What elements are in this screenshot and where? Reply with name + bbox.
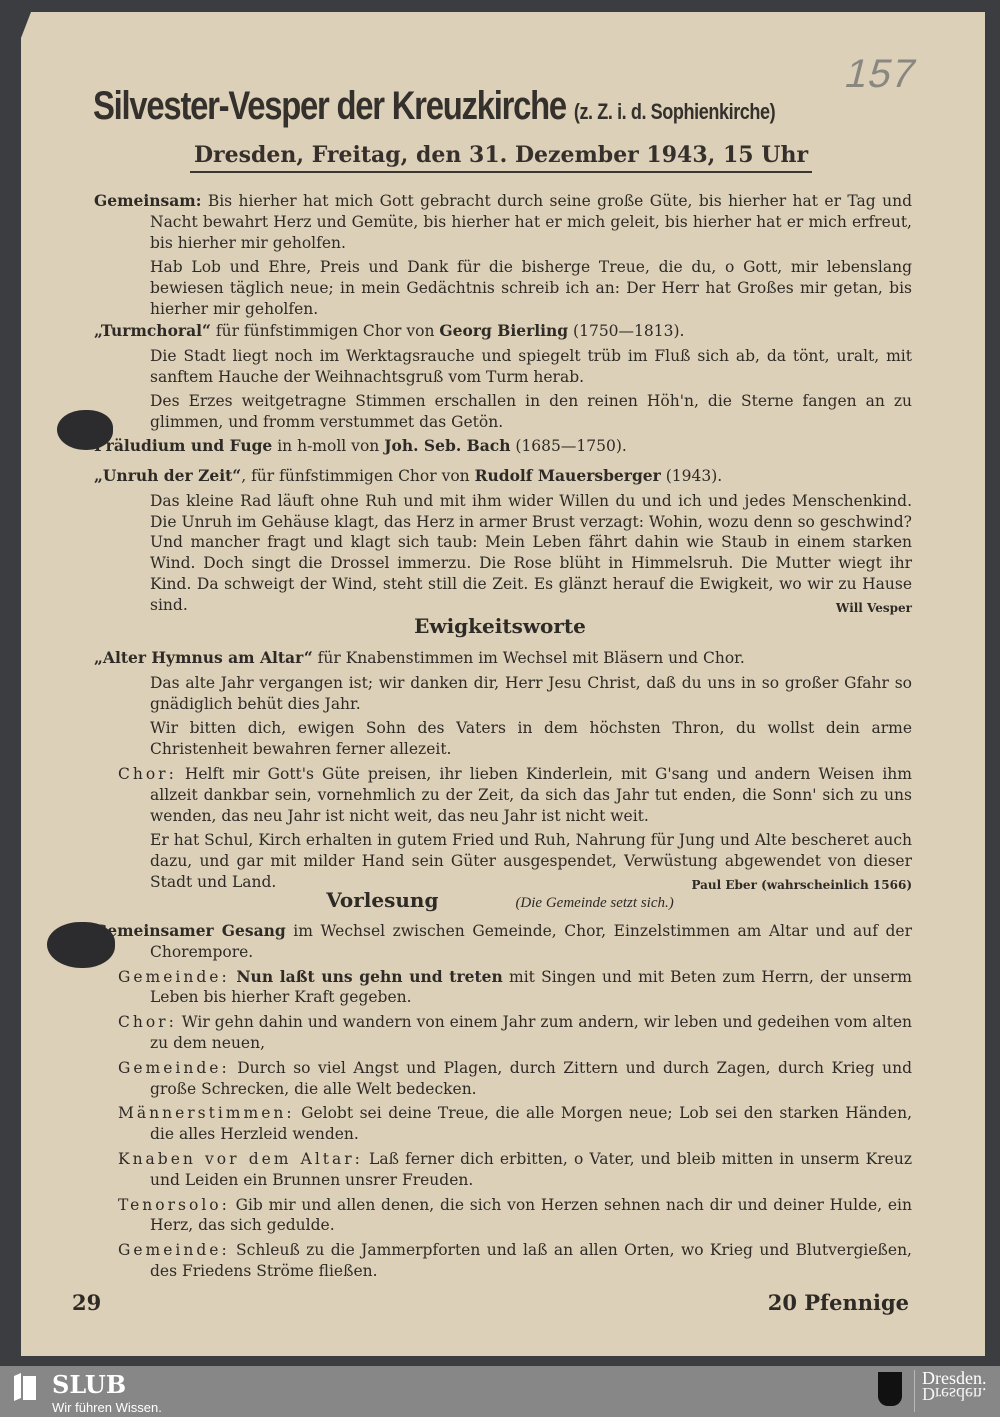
- section-gemeinsam: Gemeinsam: Bis hierher hat mich Gott geb…: [94, 191, 912, 320]
- role-label: Knaben vor dem Altar:: [118, 1150, 363, 1168]
- heading-note: (Die Gemeinde setzt sich.): [515, 895, 673, 911]
- dateline: Dresden, Freitag, den 31. Dezember 1943,…: [190, 142, 812, 173]
- poem-text: Das kleine Rad läuft ohne Ruh und mit ih…: [150, 492, 912, 614]
- sung-line: Knaben vor dem Altar: Laß ferner dich er…: [94, 1149, 912, 1191]
- price: 20 Pfennige: [768, 1290, 909, 1315]
- role-label: Chor:: [118, 765, 177, 783]
- title-main: Silvester-Vesper der Kreuzkirche: [93, 84, 566, 128]
- composer: Rudolf Mauersberger: [475, 466, 661, 485]
- line-text: Gib mir und allen denen, die sich von He…: [150, 1196, 912, 1235]
- role-label: Gemeinde:: [118, 1059, 230, 1077]
- heading-text: Vorlesung: [326, 888, 438, 912]
- role-label: Chor:: [118, 1013, 177, 1031]
- composer-years: (1750—1813).: [568, 322, 684, 340]
- verse-3: Helft mir Gott's Güte preisen, ihr liebe…: [150, 765, 912, 825]
- verse-1: Das alte Jahr vergangen ist; wir danken …: [94, 673, 912, 715]
- composer: Georg Bierling: [439, 321, 568, 340]
- verse-1: Bis hierher hat mich Gott gebracht durch…: [150, 192, 912, 252]
- section-unruh-der-zeit: „Unruh der Zeit“, für fünfstimmigen Chor…: [94, 466, 912, 619]
- verse-1: Die Stadt liegt noch im Werktagsrauche u…: [94, 346, 912, 388]
- dresden-logo[interactable]: Dresden. Dresden.: [922, 1370, 986, 1402]
- page-number: 29: [72, 1290, 101, 1315]
- heading-vorlesung: Vorlesung (Die Gemeinde setzt sich.): [0, 888, 1000, 912]
- book-logo-icon: [12, 1372, 38, 1402]
- composer-years: (1685—1750).: [510, 437, 626, 455]
- sung-line: Chor: Wir gehn dahin und wandern von ein…: [94, 1012, 912, 1054]
- dresden-mirror-text: Dresden.: [922, 1386, 986, 1402]
- piece-desc: für Knabenstimmen im Wechsel mit Bläsern…: [313, 649, 745, 667]
- piece-title: „Alter Hymnus am Altar“: [94, 648, 313, 667]
- line-text: Schleuß zu die Jammerpforten und laß an …: [150, 1241, 912, 1280]
- slub-tagline: Wir führen Wissen.: [52, 1400, 162, 1415]
- composer-years: (1943).: [661, 467, 722, 485]
- logo-divider: [914, 1370, 915, 1412]
- ink-blot: [57, 410, 113, 450]
- section-turmchoral: „Turmchoral“ für fünfstimmigen Chor von …: [94, 321, 912, 433]
- line-text: Wir gehn dahin und wandern von einem Jah…: [150, 1013, 912, 1052]
- piece-title: „Unruh der Zeit“: [94, 466, 241, 485]
- line-text: Durch so viel Angst und Plagen, durch Zi…: [150, 1059, 912, 1098]
- slub-footer-bar: SLUB Wir führen Wissen. Dresden. Dresden…: [0, 1366, 1000, 1417]
- role-label: Gemeinde:: [118, 968, 230, 986]
- piece-desc: , für fünfstimmigen Chor von: [241, 467, 474, 485]
- role-label: Gemeinde:: [118, 1241, 230, 1259]
- piece-title: „Turmchoral“: [94, 321, 211, 340]
- verse-2: Hab Lob und Ehre, Preis und Dank für die…: [94, 257, 912, 319]
- hymn-incipit: Nun laßt uns gehn und treten: [230, 967, 503, 986]
- slub-logo-text[interactable]: SLUB: [52, 1370, 126, 1399]
- sung-line: Gemeinde: Schleuß zu die Jammerpforten u…: [94, 1240, 912, 1282]
- verse-2: Des Erzes weitgetragne Stimmen erschalle…: [94, 391, 912, 433]
- handwritten-page-number: 157: [840, 52, 921, 97]
- verse-2: Wir bitten dich, ewigen Sohn des Vaters …: [94, 718, 912, 760]
- piece-desc: in h-moll von: [272, 437, 384, 455]
- heading-ewigkeitsworte: Ewigkeitsworte: [0, 614, 1000, 638]
- title-note: (z. Z. i. d. Sophienkirche): [574, 99, 775, 124]
- dresden-crest-icon: [878, 1372, 902, 1406]
- role-label: Männerstimmen:: [118, 1104, 295, 1122]
- sung-line: Gemeinde: Durch so viel Angst und Plagen…: [94, 1058, 912, 1100]
- page-title: Silvester-Vesper der Kreuzkirche (z. Z. …: [93, 84, 774, 129]
- section-gemeinsamer-gesang: Gemeinsamer Gesang im Wechsel zwischen G…: [94, 921, 912, 1282]
- composer: Joh. Seb. Bach: [384, 436, 510, 455]
- sung-line: Gemeinde: Nun laßt uns gehn und treten m…: [94, 967, 912, 1009]
- ink-blot: [47, 922, 115, 968]
- role-label: Tenorsolo:: [118, 1196, 230, 1214]
- section-label: Gemeinsam:: [94, 191, 201, 210]
- piece-desc: für fünfstimmigen Chor von: [211, 322, 439, 340]
- piece-title: Gemeinsamer Gesang: [94, 921, 286, 940]
- sung-line: Tenorsolo: Gib mir und allen denen, die …: [94, 1195, 912, 1237]
- piece-title: Präludium und Fuge: [94, 436, 272, 455]
- sung-line: Männerstimmen: Gelobt sei deine Treue, d…: [94, 1103, 912, 1145]
- section-praeludium: Präludium und Fuge in h-moll von Joh. Se…: [94, 436, 912, 457]
- section-alter-hymnus: „Alter Hymnus am Altar“ für Knabenstimme…: [94, 648, 912, 896]
